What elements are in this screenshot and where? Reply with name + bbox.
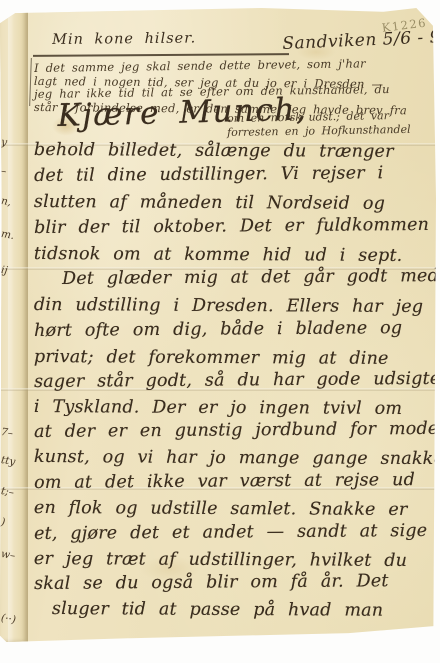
letter-body-line: en flok og udstille samlet. Snakke er <box>34 498 408 520</box>
letter-body-line: sluger tid at passe på hvad man <box>52 599 383 621</box>
letter-photograph: y – n, m. ij 7– tty t;– ) w– (··) Min ko… <box>0 0 440 663</box>
letter-body-line: tidsnok om at komme hid ud i sept. <box>34 244 403 266</box>
letter-body-line: at der er en gunstig jordbund for modern… <box>34 419 440 442</box>
letter-body-line: hørt ofte om dig, både i bladene og <box>34 318 402 341</box>
margin-ink-fragment: t;– <box>0 485 15 499</box>
margin-ink-fragment: m. <box>0 228 15 242</box>
letter-paper: y – n, m. ij 7– tty t;– ) w– (··) Min ko… <box>0 8 436 642</box>
letter-body-line: skal se du også blir om få år. Det <box>34 571 389 594</box>
letter-body-line: i Tyskland. Der er jo ingen tvivl om <box>34 397 402 419</box>
margin-ink-fragment: w– <box>0 548 16 562</box>
letter-body-line: om at det ikke var værst at rejse ud <box>34 470 415 493</box>
letter-body-line: slutten af måneden til Nordseid og <box>34 192 385 214</box>
dateline: Sandviken 5/6 - 93 <box>282 27 440 54</box>
letter-body-line: kunst, og vi har jo mange gange snakket <box>34 447 440 469</box>
top-closing-note: Min kone hilser. <box>52 30 196 48</box>
letter-body-line: privat; det forekommer mig at dine <box>34 347 389 369</box>
letter-body-line: blir der til oktober. Det er fuldkommen <box>34 215 429 238</box>
letter-body-line: sager står godt, så du har gode udsigter <box>34 369 440 392</box>
margin-ink-fragment: ij <box>0 264 8 277</box>
folded-page-edge <box>0 8 28 642</box>
postscript-side-line: forresten en jo Hofkunsthandel <box>227 123 411 139</box>
ink-underline <box>33 53 289 56</box>
margin-ink-fragment: n, <box>0 195 12 208</box>
postscript-line: I det samme jeg skal sende dette brevet,… <box>34 56 366 75</box>
fold-gap-highlight <box>8 8 14 642</box>
letter-body-line: Det glæder mig at det går godt med <box>62 266 439 289</box>
letter-body-line: din udstilling i Dresden. Ellers har jeg <box>34 295 423 317</box>
letter-body-line: et, gjøre det et andet — sandt at sige <box>34 521 427 544</box>
margin-ink-fragment: tty <box>0 454 16 468</box>
letter-body-line: det til dine udstillinger. Vi rejser i <box>34 163 383 186</box>
margin-ink-fragment: (··) <box>0 612 17 626</box>
letter-body-line: behold billedet, sålænge du trænger <box>34 140 394 162</box>
ink-bracket-line <box>29 58 32 106</box>
margin-ink-fragment: 7– <box>0 426 14 440</box>
letter-body-line: er jeg træt af udstillinger, hvilket du <box>34 549 407 571</box>
